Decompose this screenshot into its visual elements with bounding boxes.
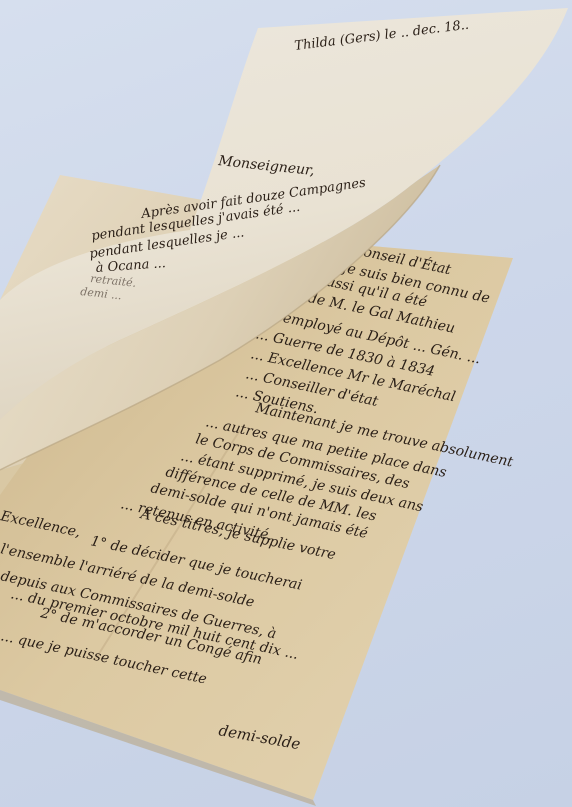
letter-illustration: ... Conseil d'État ... je suis bien conn… [0, 0, 572, 807]
photo-scene: ... Conseil d'État ... je suis bien conn… [0, 0, 572, 807]
